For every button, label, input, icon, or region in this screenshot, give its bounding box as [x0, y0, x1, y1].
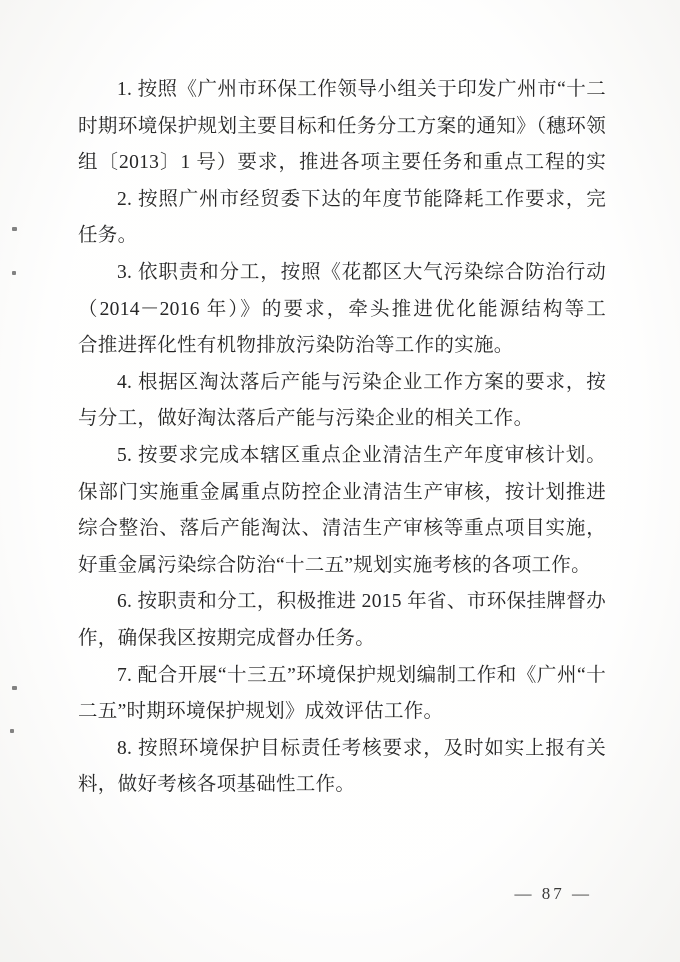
text-line: 3. 依职责和分工，按照《花都区大气污染综合防治行动方案	[78, 255, 606, 292]
document-body: 1. 按照《广州市环保工作领导小组关于印发广州市“十二五”时期环境保护规划主要目…	[78, 72, 606, 804]
text-line: 料，做好考核各项基础性工作。	[78, 767, 606, 804]
text-line: 合推进挥化性有机物排放污染防治等工作的实施。	[78, 328, 606, 365]
text-line: 好重金属污染综合防治“十二五”规划实施考核的各项工作。	[78, 548, 606, 585]
scan-speck	[12, 227, 17, 231]
text-line: 组〔2013〕1 号）要求，推进各项主要任务和重点工程的实施。	[78, 145, 606, 182]
text-line: 5. 按要求完成本辖区重点企业清洁生产年度审核计划。配合环	[78, 438, 606, 475]
text-line: （2014－2016 年）》的要求，牵头推进优化能源结构等工作，配	[78, 292, 606, 329]
text-line: 8. 按照环境保护目标责任考核要求，及时如实上报有关材	[78, 731, 606, 768]
text-line: 2. 按照广州市经贸委下达的年度节能降耗工作要求，完成节能	[78, 182, 606, 219]
scan-speck	[10, 729, 14, 733]
text-line: 综合整治、落后产能淘汰、清洁生产审核等重点项目实施，配合做	[78, 511, 606, 548]
scan-speck	[12, 271, 16, 275]
text-line: 时期环境保护规划主要目标和任务分工方案的通知》（穗环领导小	[78, 109, 606, 146]
text-line: 7. 配合开展“十三五”环境保护规划编制工作和《广州“十	[78, 658, 606, 695]
text-line: 二五”时期环境保护规划》成效评估工作。	[78, 694, 606, 731]
text-line: 6. 按职责和分工，积极推进 2015 年省、市环保挂牌督办工	[78, 584, 606, 621]
text-line: 作，确保我区按期完成督办任务。	[78, 621, 606, 658]
text-line: 4. 根据区淘汰落后产能与污染企业工作方案的要求，按职责	[78, 365, 606, 402]
text-line: 1. 按照《广州市环保工作领导小组关于印发广州市“十二五”	[78, 72, 606, 109]
text-line: 任务。	[78, 218, 606, 255]
page-number: — 87 —	[515, 884, 593, 904]
scanned-document-page: 1. 按照《广州市环保工作领导小组关于印发广州市“十二五”时期环境保护规划主要目…	[0, 0, 680, 962]
text-line: 与分工，做好淘汰落后产能与污染企业的相关工作。	[78, 401, 606, 438]
scan-speck	[12, 686, 17, 690]
text-line: 保部门实施重金属重点防控企业清洁生产审核，按计划推进污染源	[78, 475, 606, 512]
